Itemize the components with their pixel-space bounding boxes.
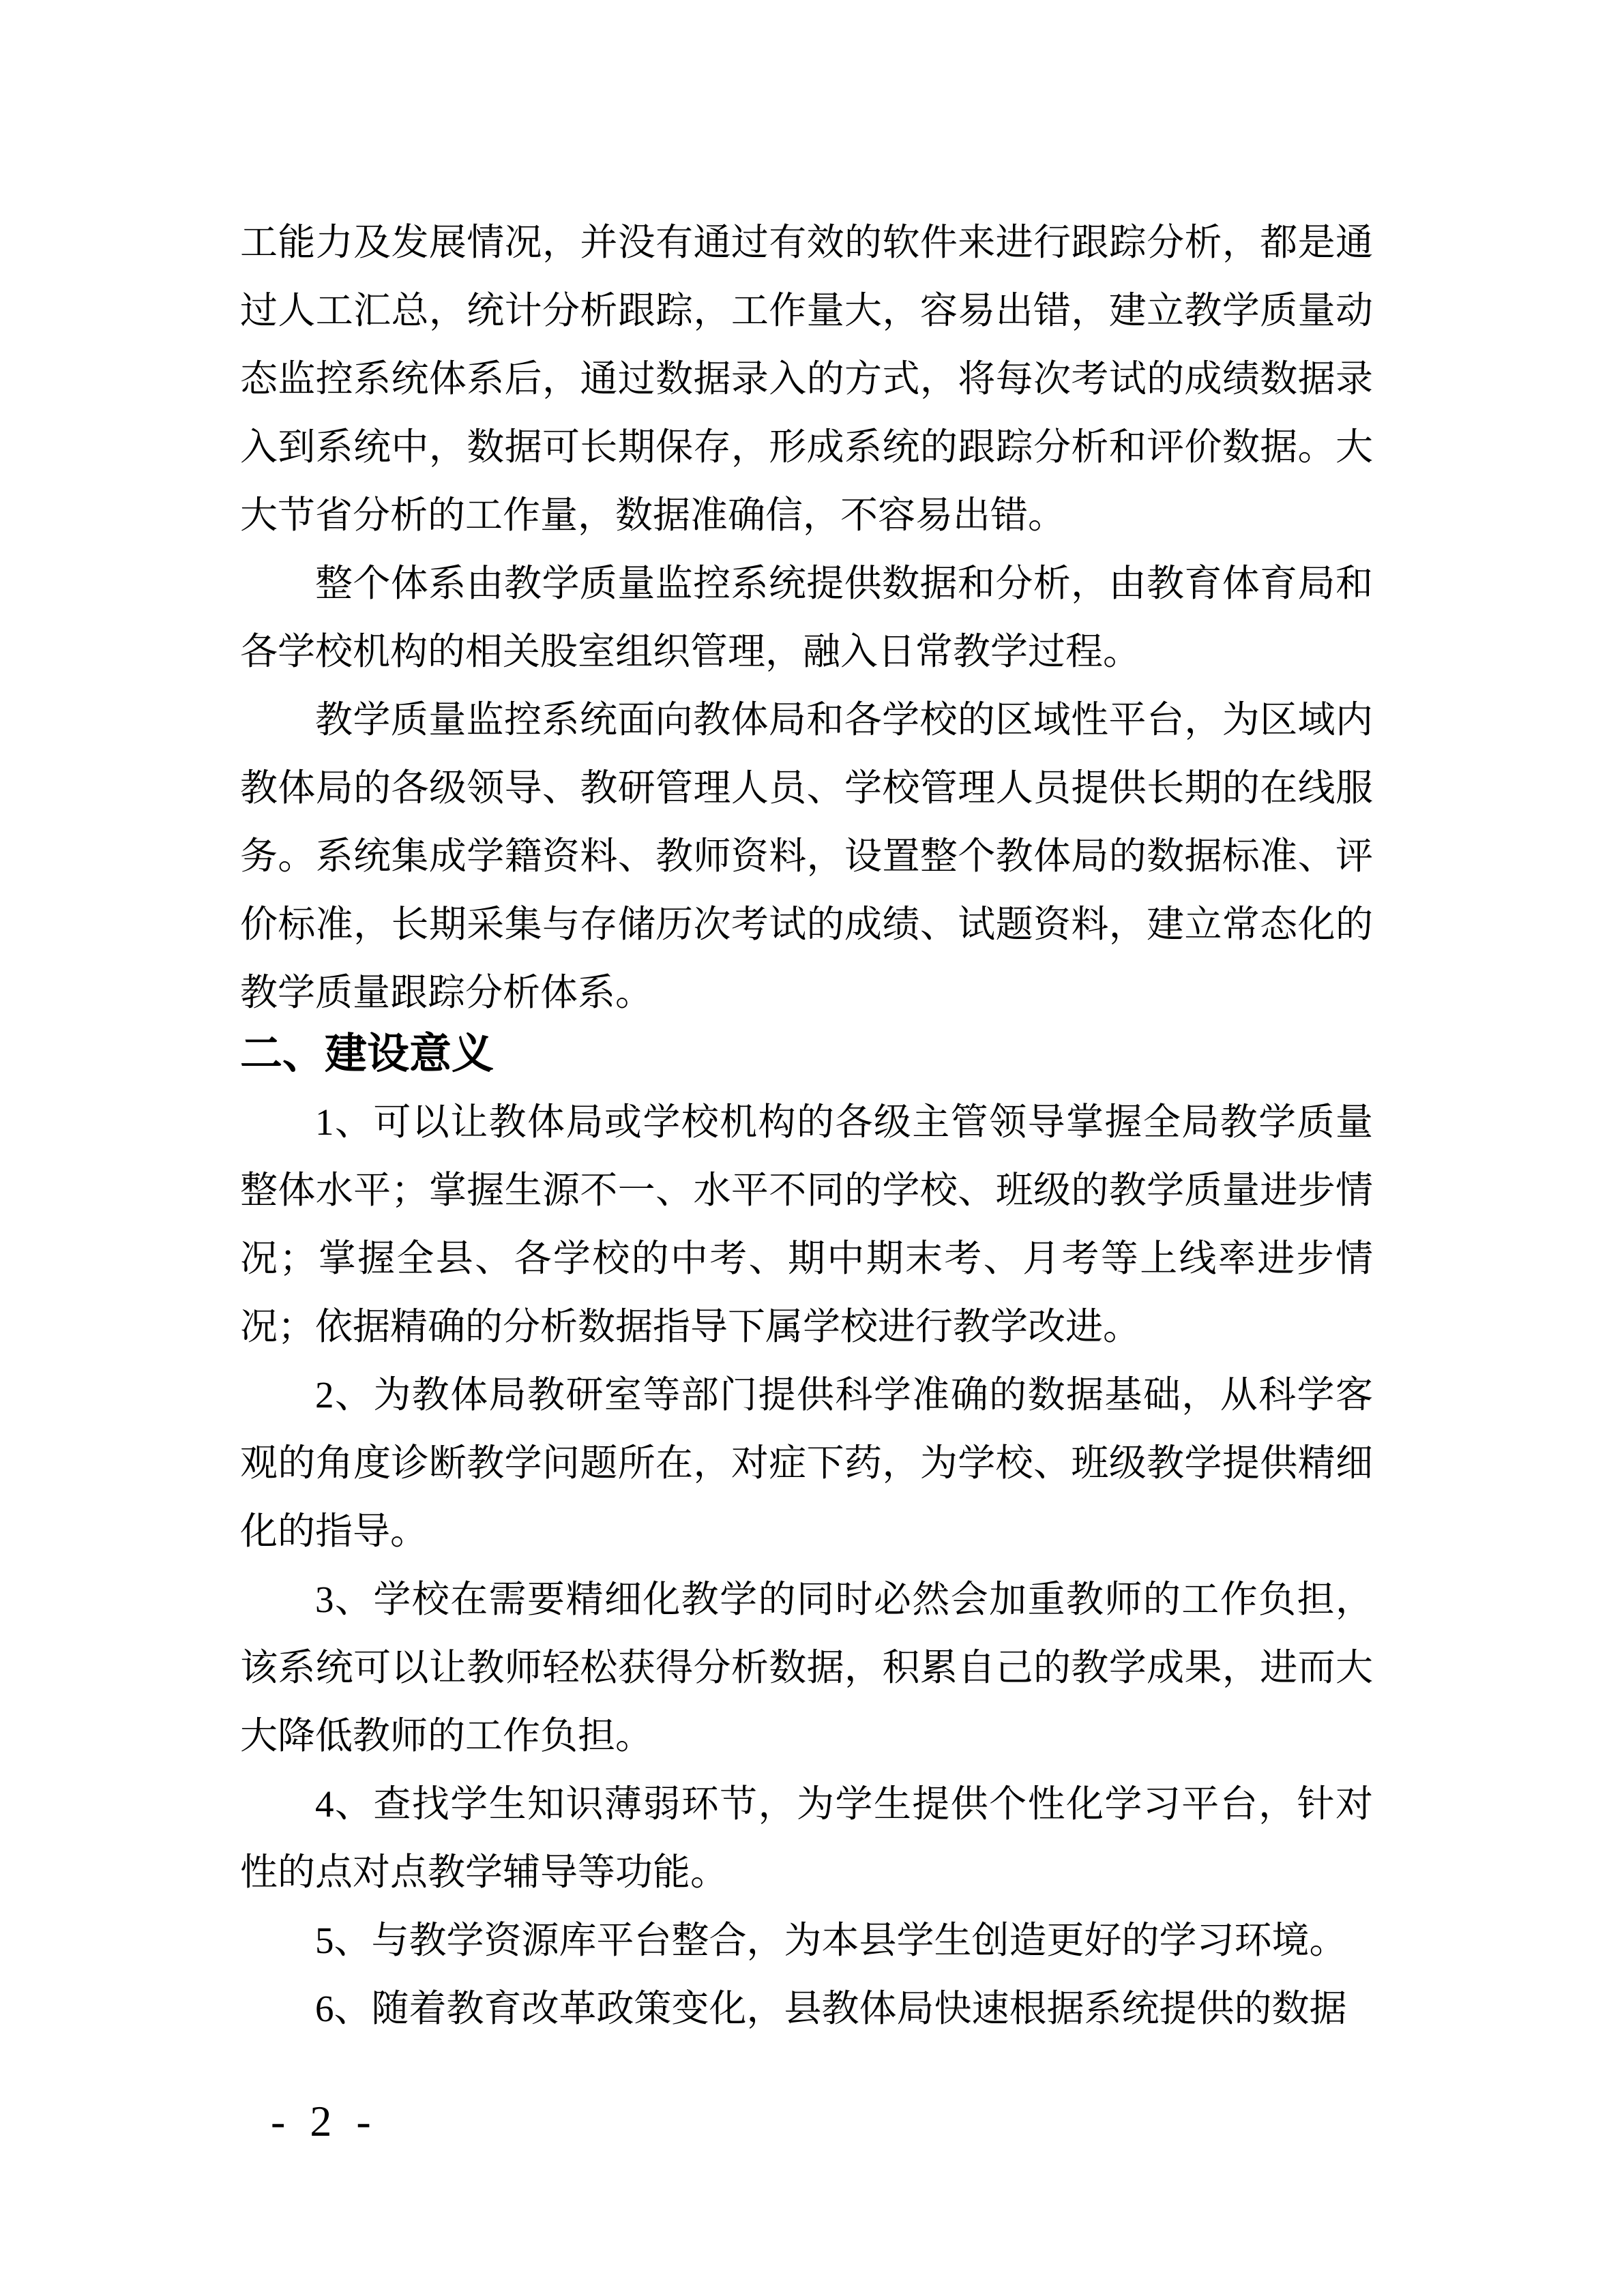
body-paragraph: 整个体系由教学质量监控系统提供数据和分析，由教育体育局和各学校机构的相关股室组织… xyxy=(240,550,1373,686)
numbered-paragraph-4: 4、查找学生知识薄弱环节，为学生提供个性化学习平台，针对性的点对点教学辅导等功能… xyxy=(240,1770,1373,1907)
document-page: 工能力及发展情况，并没有通过有效的软件来进行跟踪分析，都是通过人工汇总，统计分析… xyxy=(0,0,1624,2296)
numbered-paragraph-6: 6、随着教育改革政策变化，县教体局快速根据系统提供的数据 xyxy=(240,1975,1373,2043)
numbered-paragraph-2: 2、为教体局教研室等部门提供科学准确的数据基础，从科学客观的角度诊断教学问题所在… xyxy=(240,1361,1373,1566)
numbered-paragraph-1: 1、可以让教体局或学校机构的各级主管领导掌握全局教学质量整体水平；掌握生源不一、… xyxy=(240,1088,1373,1361)
numbered-paragraph-5: 5、与教学资源库平台整合，为本县学生创造更好的学习环境。 xyxy=(240,1907,1373,1975)
body-paragraph-continuation: 工能力及发展情况，并没有通过有效的软件来进行跟踪分析，都是通过人工汇总，统计分析… xyxy=(240,209,1373,550)
body-paragraph: 教学质量监控系统面向教体局和各学校的区域性平台，为区域内教体局的各级领导、教研管… xyxy=(240,686,1373,1027)
numbered-paragraph-3: 3、学校在需要精细化教学的同时必然会加重教师的工作负担，该系统可以让教师轻松获得… xyxy=(240,1566,1373,1770)
document-body: 工能力及发展情况，并没有通过有效的软件来进行跟踪分析，都是通过人工汇总，统计分析… xyxy=(240,209,1373,2043)
section-heading: 二、建设意义 xyxy=(240,1020,1373,1088)
page-number: - 2 - xyxy=(271,2100,378,2143)
